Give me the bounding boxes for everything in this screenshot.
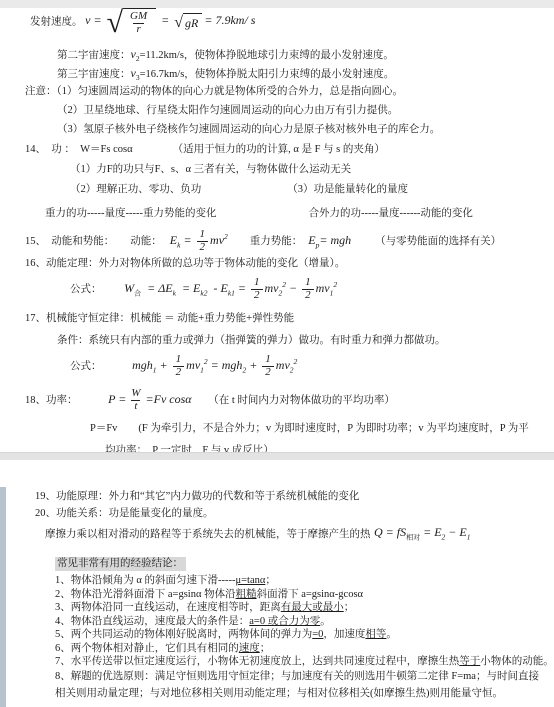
scanned-physics-notes: 发射速度。 v=√GMr=√gR= 7.9km/ s 第二宇宙速度：v2=11.… — [0, 0, 554, 707]
line-item-17-formula: 公式： mgh1+12mv12=mgh2+12mv22 — [70, 354, 297, 378]
fraction-denominator: 2 — [197, 241, 209, 254]
line-third-cosmic-velocity: 第三宇宙速度：v3=16.7km/s，使物体挣脱太阳引力束缚的最小发射速度。 — [57, 66, 394, 82]
line-note-2: （2）卫星绕地球、行星绕太阳作匀速圆周运动的向心力由万有引力提供。 — [57, 104, 398, 117]
item-text: ； — [260, 643, 271, 654]
line-item-14-sub1: （1）力F的功只与F、s、α 三者有关，与物体做什么运动无关 — [70, 163, 351, 176]
formula-launch-speed: v=√GMr=√gR= 7.9km/ s — [85, 13, 255, 27]
item-text: 。 — [386, 629, 397, 640]
fraction-GM-r: GMr — [127, 11, 150, 35]
conclusion-item-3: 3、两物体沿同一直线运动，在速度相等时，距离有最大或最小； — [55, 601, 354, 614]
fraction-numerator: 1 — [262, 354, 274, 366]
var-E: E — [170, 233, 177, 247]
line-item-19: 19、功能原理：外力和“其它”内力做功的代数和等于系统机械能的变化 — [35, 490, 359, 503]
formula-potential-energy: Ep= mgh — [308, 233, 351, 247]
item14-sub3: （3）功是能量转化的量度 — [287, 184, 408, 195]
subscript-1: 1 — [200, 365, 204, 374]
subscript-2: 2 — [242, 365, 246, 374]
item17-head: 17、机械能守恒定律：机械能 ＝ 动能+重力势能+弹性势能 — [25, 313, 294, 324]
minus-sign: − — [289, 281, 297, 295]
sqrt-radical: √GMr — [107, 8, 157, 35]
var-mv: mv — [316, 281, 330, 295]
fraction-half: 12 — [262, 354, 274, 378]
underlined-text: a=0 或合力为零 — [249, 616, 320, 627]
item-text: ，加速度 — [323, 629, 365, 640]
line-item-15: 15、 动能和势能：动能：Ek=12mv2重力势能：Ep= mgh（与零势能面的… — [25, 229, 501, 253]
radical-sign: √ — [107, 8, 123, 35]
potential-label: 重力势能： — [250, 236, 303, 247]
item-text: 2、物体沿光滑斜面滑下 a=gsinα 物体沿 — [55, 589, 236, 600]
fraction-half: 12 — [251, 277, 263, 301]
line-conclusions-title: 常见非常有用的经验结论： — [55, 557, 186, 570]
fraction-half: 12 — [302, 277, 314, 301]
underlined-text: 粗糙 — [236, 589, 257, 600]
line-item-20: 20、功能关系：功是能量变化的量度。 — [35, 507, 214, 520]
note-1-text: 注意：（1）匀速圆周运动的物体的向心力就是物体所受的合外力，总是指向圆心。 — [25, 86, 403, 97]
item-text: 。 — [320, 616, 331, 627]
formula-work-energy-theorem: W合= ΔEk= Ek2- Ek1=12mv22−12mv12 — [124, 281, 337, 295]
radical-sign: √ — [174, 13, 183, 31]
underlined-text: μ=tanα — [235, 575, 265, 586]
item14-sub2: （2）理解正功、零功、负功 — [70, 184, 201, 195]
launch-label: 发射速度。 — [30, 16, 83, 27]
P-equals: P = — [108, 392, 126, 406]
net-work-measure: 合外力的功-----量度------动能的变化 — [308, 208, 472, 219]
note-2-text: （2）卫星绕地球、行星绕太阳作匀速圆周运动的向心力由万有引力提供。 — [57, 105, 398, 116]
formula-label: 公式： — [70, 361, 102, 372]
line-item-18-pfv-1: P＝Fv (F 为牵引力，不是合外力；v 为即时速度时，P 为即时功率；v 为平… — [90, 422, 529, 435]
line-note-3: （3）氢原子核外电子绕核作匀速圆周运动的向心力是原子核对核外电子的库仑力。 — [57, 123, 440, 136]
var-mgh: mgh — [132, 358, 153, 372]
subscript-relative: 相对 — [406, 533, 420, 541]
var-mv: mv — [210, 233, 224, 247]
Q-fS-term: Q = fS — [374, 525, 406, 539]
plus-sign: + — [160, 358, 168, 372]
radicand-gR: gR — [183, 13, 202, 31]
conclusion-item-1: 1、物体沿倾角为 α 的斜面匀速下滑-----μ=tanα； — [55, 574, 276, 587]
subscript-k2: k2 — [200, 288, 207, 297]
superscript-2: 2 — [224, 232, 228, 241]
sqrt-radical: √gR — [174, 13, 202, 31]
formula-kinetic-energy: Ek=12mv2 — [170, 233, 228, 247]
fraction-numerator: 1 — [197, 229, 209, 241]
friction-heat-text: 摩擦力乘以相对滑动的路程等于系统失去的机械能，等于摩擦产生的热 — [45, 529, 371, 540]
conclusion-item-2: 2、物体沿光滑斜面滑下 a=gsinα 物体沿粗糙斜面滑下 a=gsinα-gc… — [55, 588, 363, 601]
Fv-cos-term: =Fv cosα — [146, 392, 192, 406]
equals-sign: = — [238, 281, 246, 295]
page2-left-edge-bar — [0, 487, 6, 707]
line-launch-speed: 发射速度。 v=√GMr=√gR= 7.9km/ s — [30, 8, 255, 35]
top-edge-strip — [0, 0, 554, 8]
conclusion-item-4: 4、物体沿直线运动，速度最大的条件是：a=0 或合力为零。 — [55, 615, 331, 628]
item18-note: （在 t 时间内力对物体做功的平均功率） — [208, 395, 395, 406]
superscript-2: 2 — [294, 357, 298, 366]
fraction-numerator: 1 — [302, 277, 314, 289]
item16-head: 16、动能定理：外力对物体所做的总功等于物体动能的变化（增量）。 — [25, 258, 345, 269]
formula-label: 公式： — [70, 284, 102, 295]
subscript-1: 1 — [330, 288, 334, 297]
subscript-k1: k1 — [228, 288, 235, 297]
item17-condition: 条件：系统只有内部的重力或弹力（指弹簧的弹力）做功。有时重力和弹力都做功。 — [57, 335, 446, 346]
fraction-denominator: 2 — [251, 289, 263, 302]
fraction-denominator: 2 — [262, 366, 274, 379]
subscript-k: k — [177, 240, 180, 249]
subscript-1: 1 — [467, 532, 471, 541]
var-mgh: mgh — [222, 358, 243, 372]
item-text: 1、物体沿倾角为 α 的斜面匀速下滑----- — [55, 575, 235, 586]
equals-sign: = — [211, 358, 219, 372]
subscript-k: k — [173, 288, 176, 297]
item-text: 5、两个共同运动的物体刚好脱离时，两物体间的弹力为 — [55, 629, 312, 640]
line-note-1: 注意：（1）匀速圆周运动的物体的向心力就是物体所受的合外力，总是指向圆心。 — [25, 85, 403, 98]
item18-head: 18、功率： — [25, 395, 78, 406]
fraction-numerator: GM — [127, 11, 150, 23]
kinetic-label: 动能： — [130, 236, 162, 247]
item14-sub1: （1）力F的功只与F、s、α 三者有关，与物体做什么运动无关 — [70, 164, 351, 175]
page-separator — [0, 452, 554, 460]
underlined-text: 速度 — [239, 643, 260, 654]
item-text: ； — [344, 602, 355, 613]
fraction-numerator: 1 — [173, 354, 185, 366]
formula-friction-heat: Q = fS相对 = E2 − E1 — [374, 525, 470, 542]
cosmic2-text: =11.2km/s，使物体挣脱地球引力束缚的最小发射速度。 — [140, 50, 394, 61]
superscript-2: 2 — [282, 280, 286, 289]
item-text: 7、水平传送带以恒定速度运行，小物体无初速度放上，达到共同速度过程中，摩擦生热 — [55, 656, 459, 667]
fraction-numerator: 1 — [251, 277, 263, 289]
item-text: 8、解题的优选原则：满足守恒则选用守恒定律；与加速度有关的则选用牛顿第二定律 F… — [55, 671, 539, 699]
line-item-14-sub23: （2）理解正功、零功、负功（3）功是能量转化的量度 — [70, 183, 408, 196]
item15-note: （与零势能面的选择有关） — [375, 236, 501, 247]
var-W: W — [124, 281, 134, 295]
E1-term: − E — [445, 525, 466, 539]
item-text: ； — [265, 575, 276, 586]
line-work-measures: 重力的功-----量度-----重力势能的变化合外力的功-----量度-----… — [45, 207, 473, 220]
underlined-text: 相等 — [365, 629, 386, 640]
item14-note: （适用于恒力的功的计算, α 是 F 与 s 的夹角） — [173, 144, 385, 155]
mgh-expression: = mgh — [319, 233, 351, 247]
fraction-denominator: r — [133, 23, 143, 36]
conclusion-item-7: 7、水平传送带以恒定速度运行，小物体无初速度放上，达到共同速度过程中，摩擦生热等… — [55, 655, 554, 668]
Ek2-term: = E — [182, 281, 200, 295]
Ek1-term: - E — [213, 281, 227, 295]
line-item-16: 16、动能定理：外力对物体所做的总功等于物体动能的变化（增量）。 — [25, 257, 345, 270]
cosmic2-label: 第二宇宙速度： — [57, 50, 131, 61]
item15-head: 15、 动能和势能： — [25, 236, 114, 247]
subscript-net: 合 — [134, 289, 141, 297]
item-text: 4、物体沿直线运动，速度最大的条件是： — [55, 616, 249, 627]
subscript-1: 1 — [153, 365, 157, 374]
fraction-half: 12 — [173, 354, 185, 378]
item20-text: 20、功能关系：功是能量变化的量度。 — [35, 508, 214, 519]
fraction-half: 12 — [197, 229, 209, 253]
line-second-cosmic-velocity: 第二宇宙速度：v2=11.2km/s，使物体挣脱地球引力束缚的最小发射速度。 — [57, 47, 394, 63]
var-mv: mv — [276, 358, 290, 372]
line-item-17-condition: 条件：系统只有内部的重力或弹力（指弹簧的弹力）做功。有时重力和弹力都做功。 — [57, 334, 446, 347]
line-item-17: 17、机械能守恒定律：机械能 ＝ 动能+重力势能+弹性势能 — [25, 312, 294, 325]
conclusion-item-8: 8、解题的优选原则：满足守恒则选用守恒定律；与加速度有关的则选用牛顿第二定律 F… — [55, 669, 549, 703]
item-text: 小物体的动能。 — [480, 656, 554, 667]
item19-text: 19、功能原理：外力和“其它”内力做功的代数和等于系统机械能的变化 — [35, 491, 359, 502]
cosmic3-text: =16.7km/s，使物体挣脱太阳引力束缚的最小发射速度。 — [140, 69, 395, 80]
item14-head: 14、 功 ： W＝Fs cosα — [25, 144, 133, 155]
fraction-denominator: 2 — [302, 289, 314, 302]
var-mv: mv — [265, 281, 279, 295]
formula-mechanical-energy-conservation: mgh1+12mv12=mgh2+12mv22 — [132, 358, 297, 372]
underlined-text: =0 — [312, 629, 323, 640]
item-text: 斜面滑下 a=gsinα-gcosα — [257, 589, 363, 600]
underlined-text: 等于 — [459, 656, 480, 667]
fraction-W-t: Wt — [128, 388, 143, 412]
fraction-denominator: 2 — [173, 366, 185, 379]
note-3-text: （3）氢原子核外电子绕核作匀速圆周运动的向心力是原子核对核外电子的库仑力。 — [57, 124, 440, 135]
plus-sign: + — [249, 358, 257, 372]
equals-sign: = — [161, 13, 169, 27]
E2-term: = E — [420, 525, 441, 539]
formula-power: P =Wt=Fv cosα — [108, 392, 191, 406]
pfv-text-1: P＝Fv (F 为牵引力，不是合外力；v 为即时速度时，P 为即时功率；v 为平… — [90, 423, 529, 434]
conclusion-item-6: 6、两个物体相对静止，它们具有相同的速度； — [55, 642, 270, 655]
equals-sign: = — [183, 233, 191, 247]
equals-sign: = — [93, 13, 101, 27]
superscript-2: 2 — [204, 357, 208, 366]
subscript-2: 2 — [279, 288, 283, 297]
cosmic3-label: 第三宇宙速度： — [57, 69, 131, 80]
superscript-2: 2 — [333, 280, 337, 289]
var-v: v — [85, 13, 90, 27]
line-friction-heat: 摩擦力乘以相对滑动的路程等于系统失去的机械能，等于摩擦产生的热 — [45, 528, 371, 541]
line-item-16-formula: 公式： W合= ΔEk= Ek2- Ek1=12mv22−12mv12 — [70, 277, 337, 301]
item-text: 3、两物体沿同一直线运动，在速度相等时，距离 — [55, 602, 281, 613]
conclusions-title: 常见非常有用的经验结论： — [55, 557, 186, 571]
delta-Ek: = ΔE — [147, 281, 172, 295]
var-mv: mv — [186, 358, 200, 372]
subscript-2: 2 — [290, 365, 294, 374]
fraction-numerator: W — [128, 388, 143, 400]
fraction-denominator: t — [131, 400, 140, 413]
var-E: E — [308, 233, 315, 247]
item-text: 6、两个物体相对静止，它们具有相同的 — [55, 643, 239, 654]
line-item-18: 18、功率： P =Wt=Fv cosα （在 t 时间内力对物体做功的平均功率… — [25, 388, 395, 412]
underlined-text: 有最大或最小 — [281, 602, 344, 613]
gravity-work-measure: 重力的功-----量度-----重力势能的变化 — [45, 208, 216, 219]
launch-result: = 7.9km/ s — [204, 13, 255, 27]
conclusion-item-5: 5、两个共同运动的物体刚好脱离时，两物体间的弹力为=0，加速度相等。 — [55, 628, 397, 641]
line-item-14: 14、 功 ： W＝Fs cosα（适用于恒力的功的计算, α 是 F 与 s … — [25, 143, 385, 156]
